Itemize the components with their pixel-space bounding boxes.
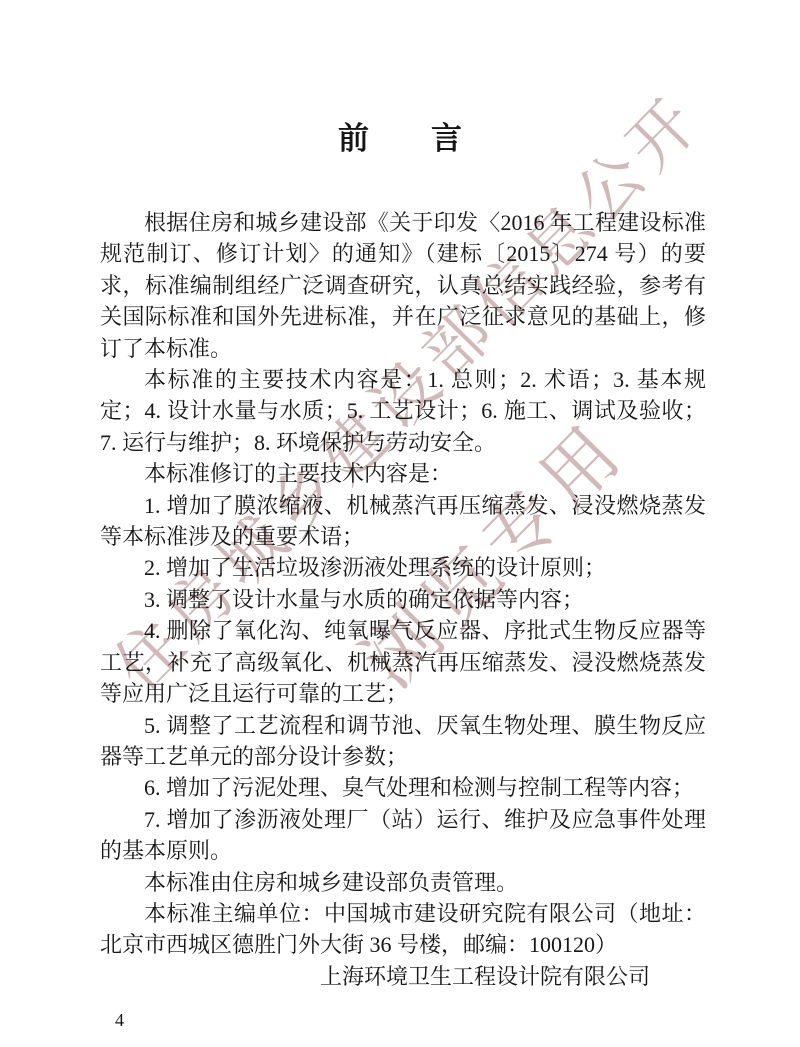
paragraph: 根据住房和城乡建设部《关于印发〈2016 年工程建设标准规范制订、修订计划〉的通… xyxy=(100,207,706,364)
page-number: 4 xyxy=(115,1008,124,1032)
document-page: 住房城乡建设部信息公开 浏览专用 前 言 根据住房和城乡建设部《关于印发〈201… xyxy=(0,0,800,1047)
paragraph: 3. 调整了设计水量与水质的确定依据等内容； xyxy=(100,584,706,615)
paragraph: 本标准的主要技术内容是：1. 总则；2. 术语；3. 基本规定；4. 设计水量与… xyxy=(100,364,706,458)
paragraph: 上海环境卫生工程设计院有限公司 xyxy=(100,961,706,992)
paragraph: 4. 删除了氧化沟、纯氧曝气反应器、序批式生物反应器等工艺，补充了高级氧化、机械… xyxy=(100,615,706,709)
paragraph: 2. 增加了生活垃圾渗沥液处理系统的设计原则； xyxy=(100,552,706,583)
paragraph: 7. 增加了渗沥液处理厂（站）运行、维护及应急事件处理的基本原则。 xyxy=(100,804,706,867)
paragraph: 5. 调整了工艺流程和调节池、厌氧生物处理、膜生物反应器等工艺单元的部分设计参数… xyxy=(100,710,706,773)
paragraph: 1. 增加了膜浓缩液、机械蒸汽再压缩蒸发、浸没燃烧蒸发等本标准涉及的重要术语； xyxy=(100,490,706,553)
paragraph: 本标准修订的主要技术内容是： xyxy=(100,458,706,489)
paragraph: 6. 增加了污泥处理、臭气处理和检测与控制工程等内容； xyxy=(100,772,706,803)
page-title: 前 言 xyxy=(0,0,800,160)
paragraph: 本标准由住房和城乡建设部负责管理。 xyxy=(100,867,706,898)
paragraph: 本标准主编单位：中国城市建设研究院有限公司（地址：北京市西城区德胜门外大街 36… xyxy=(100,898,706,961)
body-paragraphs: 根据住房和城乡建设部《关于印发〈2016 年工程建设标准规范制订、修订计划〉的通… xyxy=(100,207,706,992)
